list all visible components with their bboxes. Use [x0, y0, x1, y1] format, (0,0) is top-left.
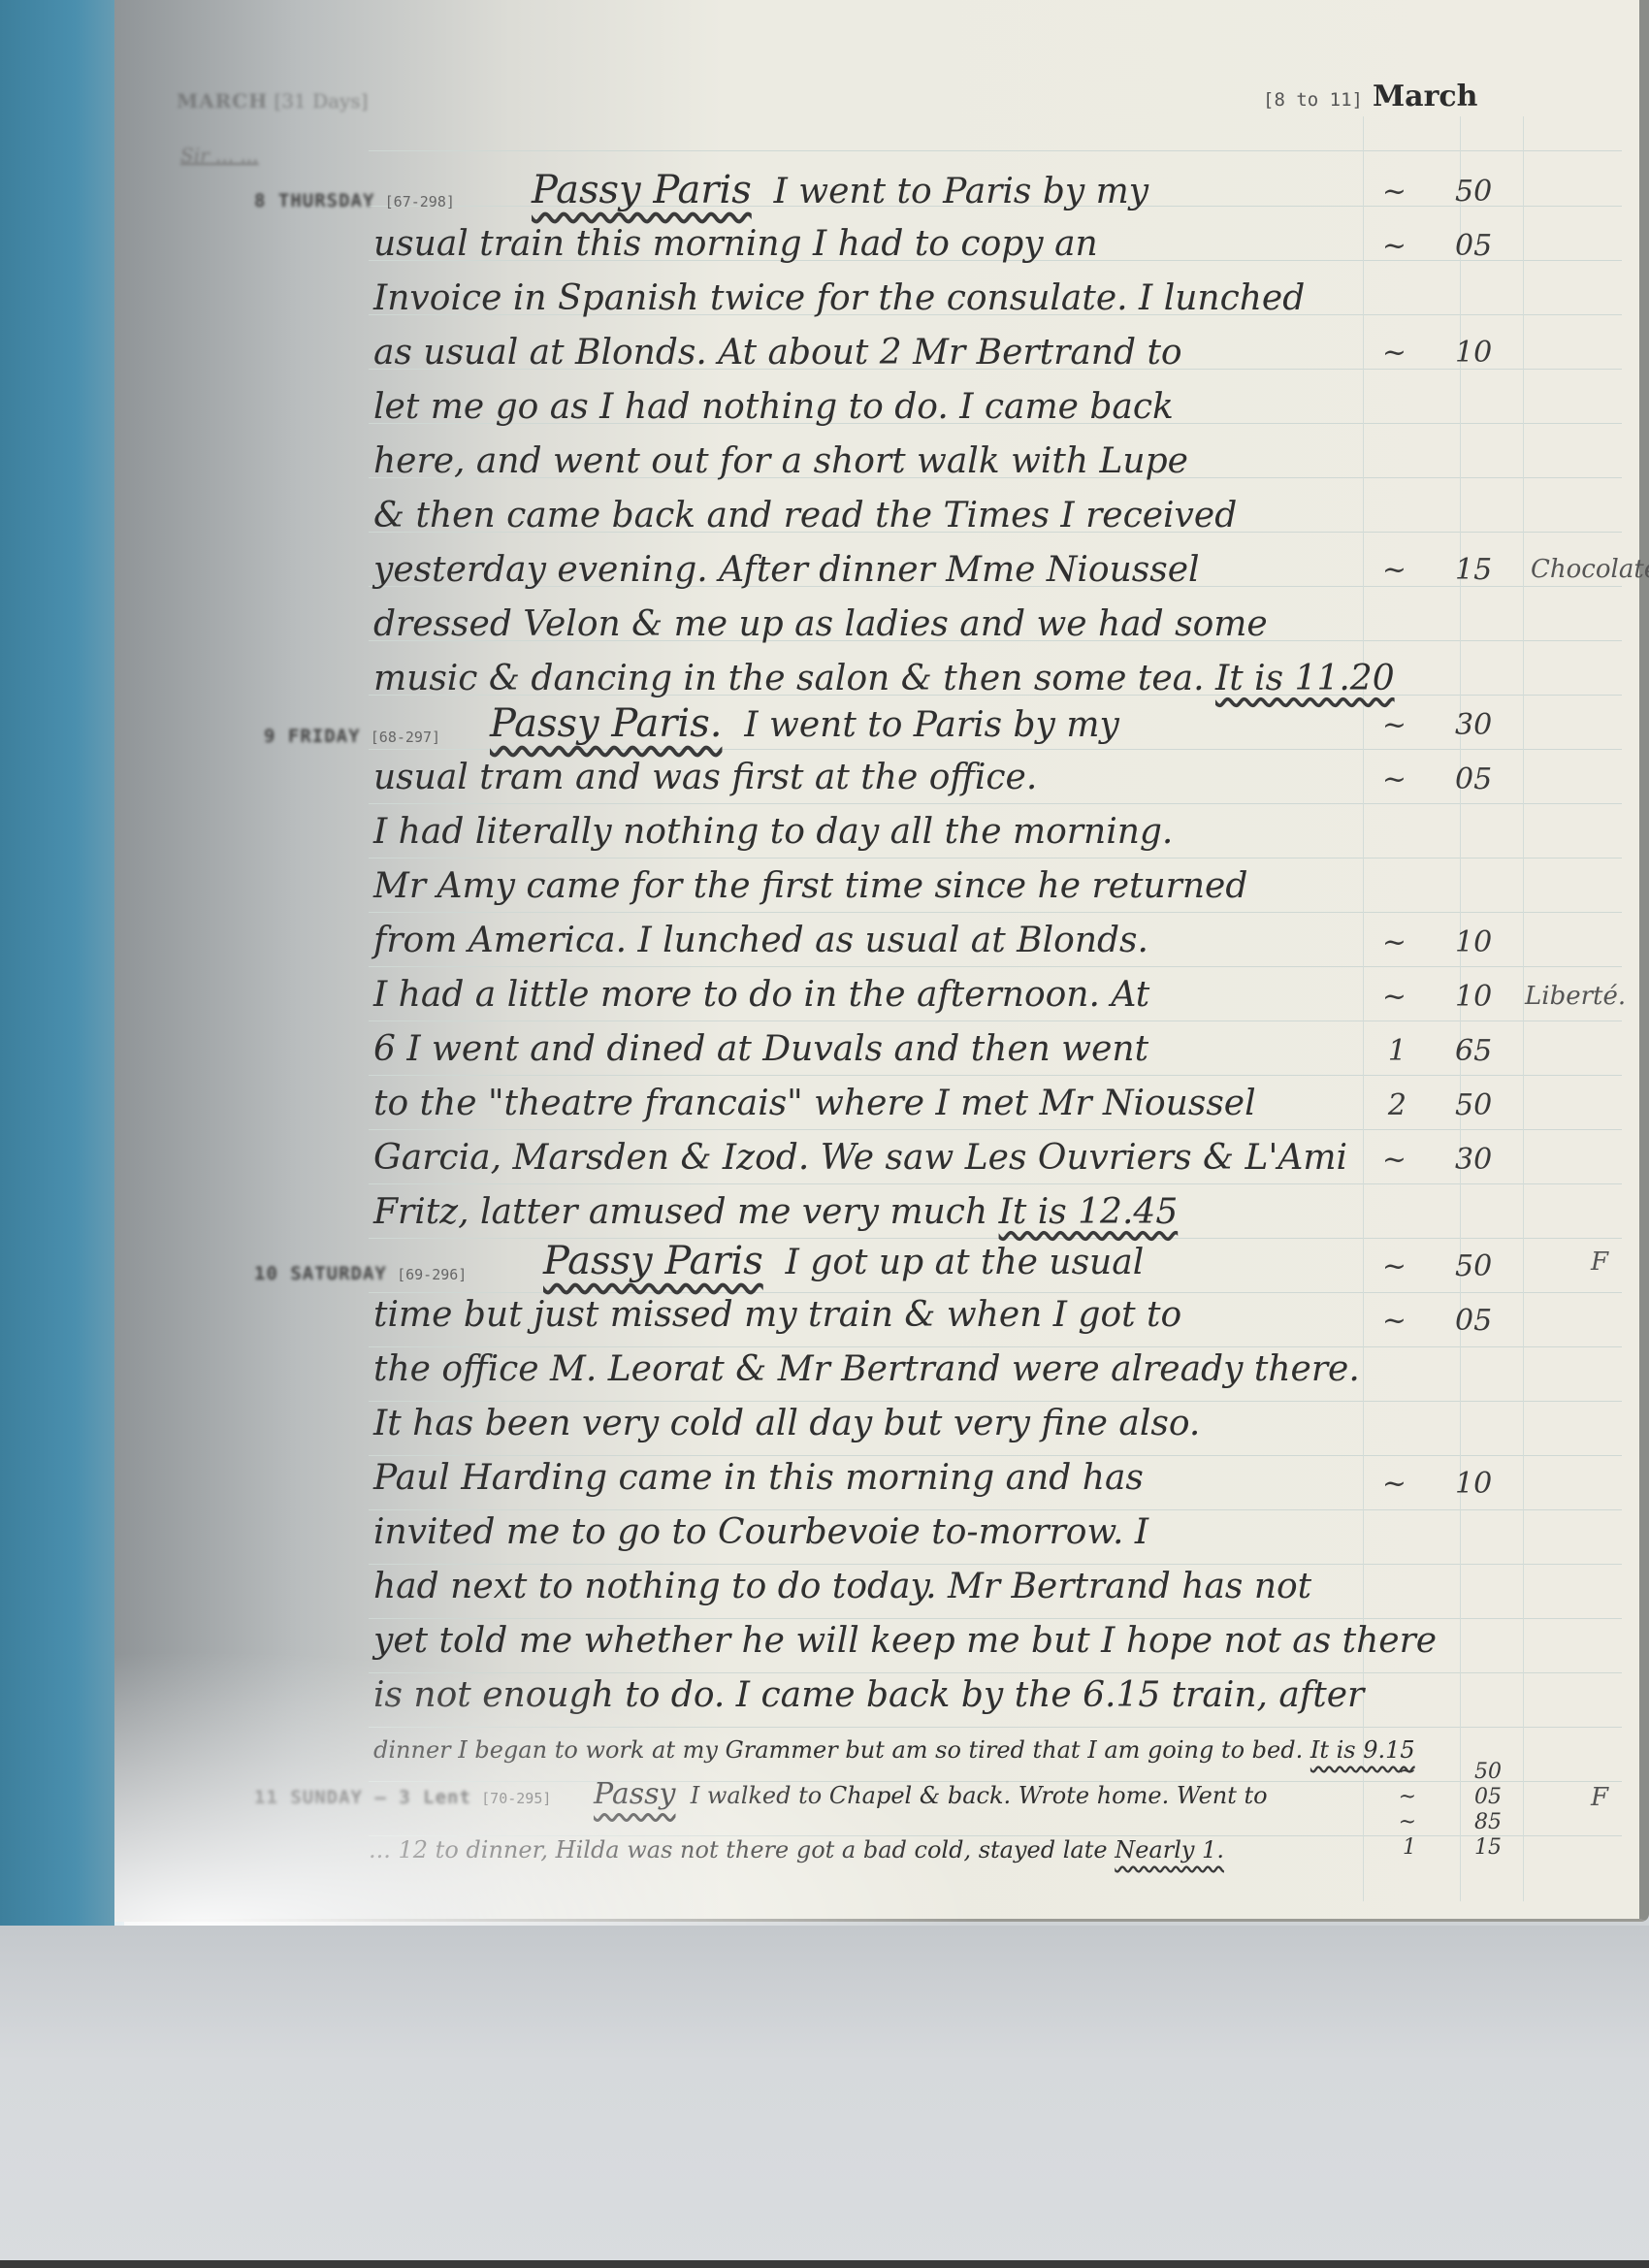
entry-line: the office M. Leorat & Mr Bertrand were … — [373, 1350, 1360, 1389]
entry-line: from America. I lunched as usual at Blon… — [373, 922, 1148, 960]
place-heading: Passy Paris — [532, 168, 752, 212]
expense-note: F — [1591, 1783, 1608, 1812]
entry-line: Passy Paris I got up at the usual — [543, 1242, 1144, 1282]
entry-line: to the "theatre francais" where I met Mr… — [373, 1085, 1256, 1123]
month-title: March — [1373, 80, 1478, 113]
expense-row: ~10 — [1368, 336, 1513, 370]
expense-row: ~05 — [1368, 762, 1513, 796]
expense-row: 115 — [1377, 1835, 1533, 1860]
entry-line: yesterday evening. After dinner Mme Niou… — [373, 551, 1200, 590]
entry-line: Fritz, latter amused me very much It is … — [373, 1193, 1178, 1232]
entry-line: here, and went out for a short walk with… — [373, 442, 1188, 481]
corner-note: Sir ... ... — [180, 144, 259, 167]
expense-row: 250 — [1368, 1088, 1513, 1122]
time-note: Nearly 1. — [1115, 1836, 1224, 1863]
header-left-days: [31 Days] — [274, 89, 368, 113]
entry-line: I had a little more to do in the afterno… — [373, 976, 1149, 1015]
entry-line: It has been very cold all day but very f… — [373, 1405, 1200, 1443]
day-label-friday: 9 FRIDAY [68-297] — [264, 726, 440, 747]
header-left-month: MARCH — [177, 89, 268, 113]
entry-line: as usual at Blonds. At about 2 Mr Bertra… — [373, 334, 1182, 373]
expense-row: ~05 — [1377, 1785, 1533, 1809]
place-heading: Passy Paris — [543, 1239, 763, 1283]
expense-row: ~10 — [1368, 1467, 1513, 1501]
entry-line: Mr Amy came for the first time since he … — [373, 867, 1247, 906]
expense-row: ~30 — [1368, 1143, 1513, 1177]
expense-note: F — [1591, 1247, 1608, 1277]
entry-line: Passy Paris I went to Paris by my — [532, 171, 1148, 211]
expense-row: ~05 — [1368, 229, 1513, 263]
entry-line: Garcia, Marsden & Izod. We saw Les Ouvri… — [373, 1139, 1347, 1178]
place-heading: Passy Paris. — [490, 701, 722, 746]
scan-glare — [114, 1649, 987, 1930]
entry-line: music & dancing in the salon & then some… — [373, 660, 1395, 698]
day-label-thursday: 8 THURSDAY [67-298] — [254, 190, 455, 211]
entry-line: usual train this morning I had to copy a… — [373, 225, 1098, 264]
entry-line: Paul Harding came in this morning and ha… — [373, 1459, 1144, 1498]
scanner-background — [0, 1926, 1649, 2268]
entry-line: usual tram and was first at the office. — [373, 759, 1037, 797]
expense-row: 165 — [1368, 1034, 1513, 1068]
expense-row: ~15 — [1368, 553, 1513, 587]
expense-row: ~05 — [1368, 1304, 1513, 1338]
expense-row: ~10 — [1368, 925, 1513, 959]
entry-line: had next to nothing to do today. Mr Bert… — [373, 1568, 1311, 1606]
entry-line: invited me to go to Courbevoie to-morrow… — [373, 1513, 1148, 1552]
entry-line: & then came back and read the Times I re… — [373, 497, 1237, 535]
entry-line: dressed Velon & me up as ladies and we h… — [373, 605, 1268, 644]
header-left: MARCH [31 Days] — [177, 89, 368, 113]
entry-line: Passy Paris. I went to Paris by my — [490, 704, 1119, 745]
entry-line: Invoice in Spanish twice for the consula… — [373, 279, 1305, 318]
entry-line: let me go as I had nothing to do. I came… — [373, 388, 1174, 427]
entry-line: I had literally nothing to day all the m… — [373, 813, 1173, 852]
expense-row: ~85 — [1377, 1810, 1533, 1834]
date-range: [8 to 11] — [1263, 89, 1363, 111]
time-note: It is 11.20 — [1215, 659, 1395, 698]
entry-line: time but just missed my train & when I g… — [373, 1296, 1181, 1335]
entry-line: 6 I went and dined at Duvals and then we… — [373, 1030, 1148, 1069]
expense-note: Liberté. — [1525, 982, 1626, 1011]
expense-row: ~50 — [1368, 1249, 1513, 1283]
header-right: [8 to 11] March — [1263, 80, 1477, 113]
expense-row: ~50 — [1377, 1760, 1533, 1784]
expense-row: ~50 — [1368, 175, 1513, 209]
book-cover-spine — [0, 0, 124, 1926]
expense-row: ~30 — [1368, 708, 1513, 742]
time-note: It is 12.45 — [999, 1192, 1179, 1232]
expense-note: Chocolate — [1531, 555, 1649, 584]
expense-row: ~10 — [1368, 980, 1513, 1014]
day-label-saturday: 10 SATURDAY [69-296] — [254, 1263, 467, 1284]
